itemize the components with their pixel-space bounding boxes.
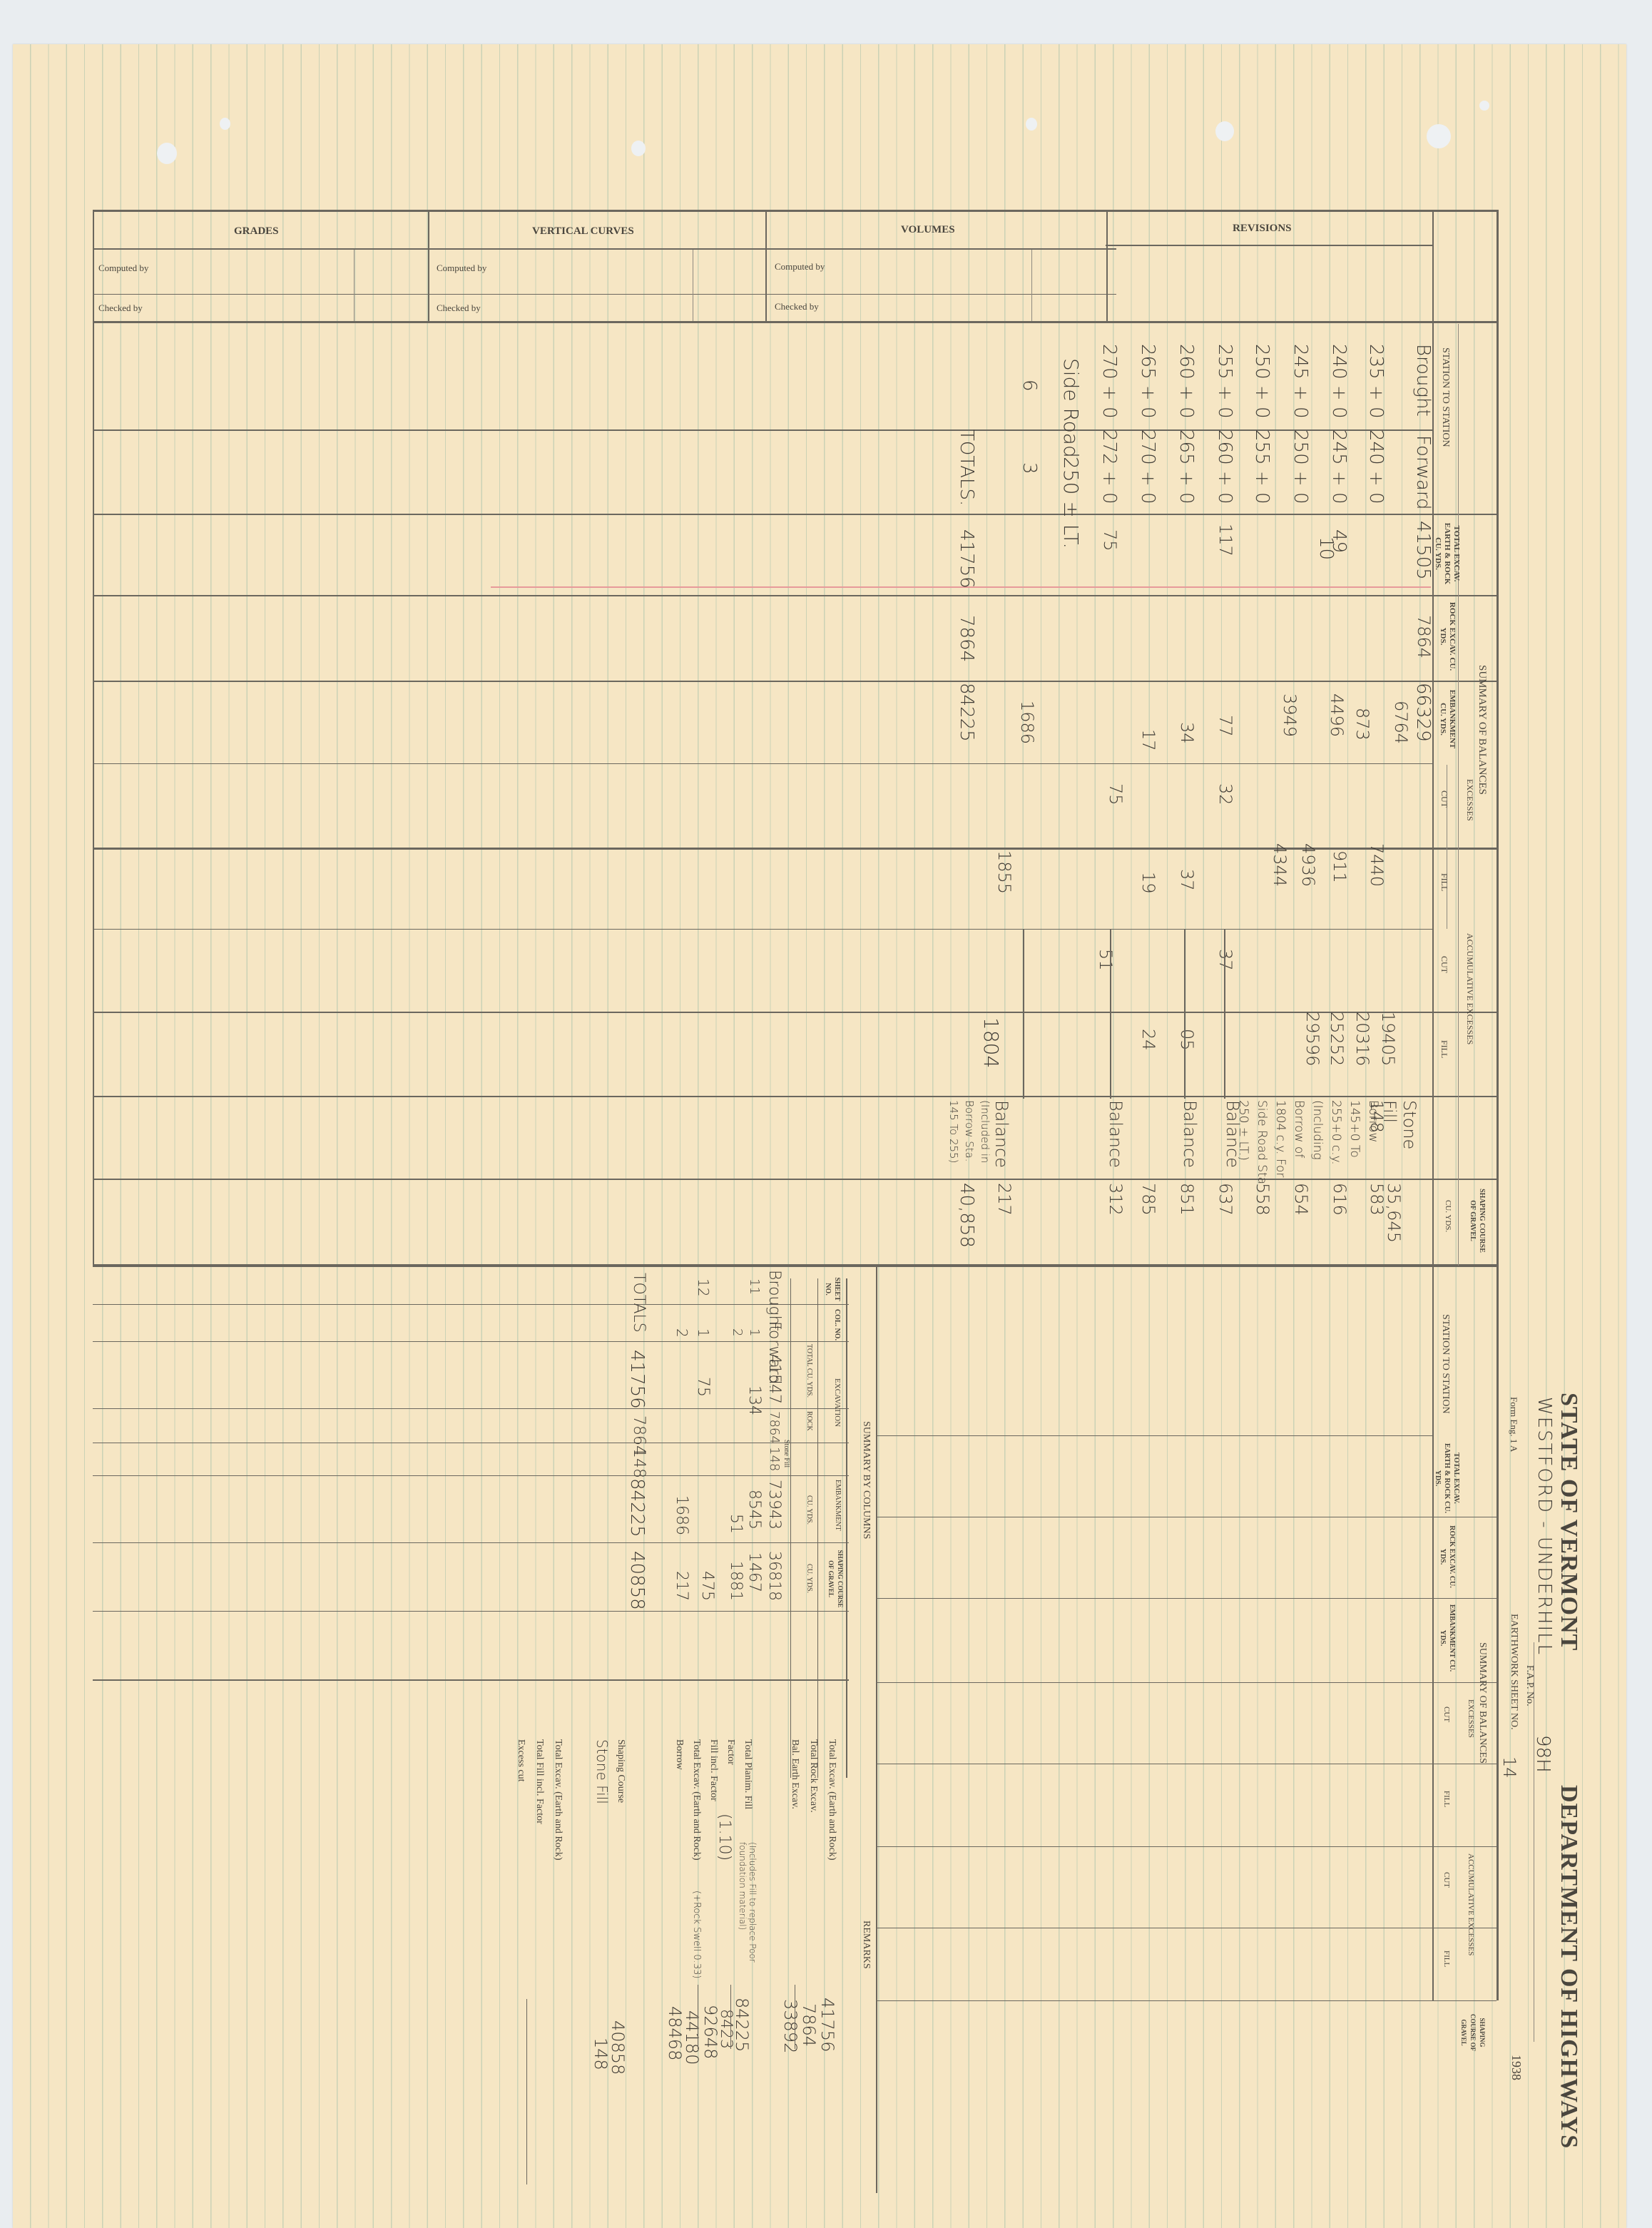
col-header-shaping-cu: CU. YDS. <box>805 1564 813 1593</box>
lower-header-station: STATION TO STATION <box>1439 1314 1451 1414</box>
lower-header-fill: FILL <box>1442 1791 1451 1807</box>
remark-label: Bal. Earth Excav. <box>789 1739 800 1809</box>
row-emb: 4496 <box>1327 693 1347 737</box>
vertical-curves-checked-by: Checked by <box>437 302 481 314</box>
row-shaping: 654 <box>1291 1183 1311 1216</box>
remark-note: (Includes Fill to replace Poor foundatio… <box>738 1842 758 1992</box>
balance-label: Balance <box>1223 1100 1243 1168</box>
col-row-col: 1 <box>747 1328 762 1336</box>
project-name: WESTFORD - UNDERHILL <box>1534 1397 1555 1656</box>
row-acc-cut: 37 <box>1215 949 1235 971</box>
sheet-number: 14 <box>1499 1756 1519 1779</box>
row-to: 270 + 0 <box>1137 429 1158 504</box>
totals-total-excav: 41756 <box>956 529 977 589</box>
header-rock-excav: ROCK EXCAV. CU. YDS. <box>1438 601 1457 672</box>
grades-checked-by: Checked by <box>98 302 143 314</box>
header-total-excav: TOTAL EXCAV. EARTH & ROCK CU. YDS. <box>1433 518 1461 589</box>
row-brought-rock: 7864 <box>1414 615 1434 658</box>
row-emb: 6764 <box>1391 701 1411 744</box>
balance-arrow <box>1023 929 1024 1099</box>
col-row-col: 2 <box>673 1328 690 1338</box>
lower-header-accum-cut: CUT <box>1442 1872 1451 1888</box>
punch-hole <box>157 143 177 164</box>
row-ex-fill: 37 <box>1177 869 1197 891</box>
row-to: 255 + 0 <box>1251 429 1273 504</box>
lower-header-emb: EMBANKMENT CU. YDS. <box>1438 1602 1457 1674</box>
row-shaping: 616 <box>1330 1183 1350 1216</box>
punch-hole <box>1215 121 1234 141</box>
grades-title: GRADES <box>234 225 279 238</box>
row-shaping: 217 <box>994 1183 1014 1216</box>
summary-balances-title: SUMMARY OF BALANCES <box>1476 665 1488 795</box>
remark-label: Borrow <box>673 1739 685 1770</box>
department-title: DEPARTMENT OF HIGHWAYS <box>1555 1785 1582 2149</box>
remark-label: Excess cut <box>515 1739 526 1781</box>
lower-header-accum-fill: FILL <box>1442 1950 1451 1967</box>
row-shaping: 558 <box>1253 1183 1273 1216</box>
balance-arrow <box>1184 929 1186 1099</box>
row-shaping: 851 <box>1177 1183 1197 1216</box>
volumes-computed-by: Computed by <box>775 261 825 273</box>
col-row-shaping: 475 <box>698 1571 716 1601</box>
remark-value: 92648 <box>700 2005 720 2059</box>
totals-rock: 7864 <box>956 615 977 662</box>
col-header-total: TOTAL CU. YDS. <box>805 1344 813 1398</box>
col-row-emb: 8545 <box>745 1490 763 1530</box>
row-from: 245 + 0 <box>1290 344 1311 418</box>
col-header-emb-cu: CU. YDS. <box>805 1495 813 1525</box>
punch-hole <box>1479 101 1489 111</box>
col-row-shaping: 217 <box>673 1571 690 1601</box>
remark-label: Total Planim. Fill <box>742 1739 753 1809</box>
col-header-sheet: SHEET NO. <box>823 1273 842 1306</box>
row-ex-fill: 19 <box>1138 872 1158 894</box>
row-to: 245 + 0 <box>1328 429 1350 504</box>
punch-hole <box>631 141 646 156</box>
col-totals-total: 41756 <box>626 1350 648 1409</box>
header-accum-cut: CUT <box>1439 956 1449 973</box>
row-brought-to: Forward <box>1412 435 1434 510</box>
row-total: 117 <box>1215 524 1235 556</box>
col-row-emb: 1686 <box>673 1495 690 1535</box>
remark-value: 48468 <box>665 2006 685 2060</box>
row-acc-fill: 05 <box>1177 1029 1197 1051</box>
col-header-excavation: EXCAVATION <box>833 1378 842 1427</box>
col-header-embankment: EMBANKMENT <box>834 1480 842 1531</box>
row-ex-fill: 1855 <box>994 850 1014 894</box>
row-emb: 17 <box>1138 729 1158 751</box>
remark-label: Fill incl. Factor <box>708 1739 719 1801</box>
col-row-stone: 148 <box>767 1447 782 1471</box>
lower-header-cut: CUT <box>1442 1706 1451 1722</box>
col-header-col: COL. NO. <box>832 1308 842 1341</box>
row-ex-fill: 911 <box>1330 850 1350 883</box>
row-emb: 1686 <box>1017 701 1037 744</box>
row-brought-emb: 66329 <box>1412 683 1434 742</box>
totals-shaping: 40,858 <box>956 1183 977 1248</box>
lower-header-total: TOTAL EXCAV. EARTH & ROCK CU. YDS. <box>1433 1443 1461 1514</box>
included-note: (Included in Borrow Sta. 145 To 255) <box>946 1100 993 1179</box>
row-from: 270 + 0 <box>1098 344 1120 418</box>
revisions-title: REVISIONS <box>1233 223 1292 235</box>
punch-hole <box>1026 118 1037 131</box>
balance-arrow <box>1224 929 1225 1099</box>
balance-label: Balance <box>991 1100 1011 1168</box>
row-emb: 3949 <box>1280 693 1300 737</box>
form-number: Form Eng. 1 A <box>1508 1397 1519 1452</box>
row-ex-fill: 4344 <box>1270 843 1290 887</box>
row-ex-cut: 75 <box>1106 783 1126 805</box>
remark-value: 40858 <box>608 2020 628 2075</box>
punch-hole <box>1427 124 1451 148</box>
col-row-sheet: 12 <box>695 1278 712 1296</box>
col-totals-shaping: 40858 <box>626 1551 648 1610</box>
row-acc-fill: 19405 <box>1378 1012 1398 1066</box>
document-page: GRADES Computed by Checked by VERTICAL C… <box>13 44 1626 2228</box>
year: 1938 <box>1509 2055 1524 2080</box>
row-from: Side Road <box>1059 358 1083 458</box>
row-from: 6 <box>1019 380 1040 392</box>
vertical-curves-title: VERTICAL CURVES <box>532 225 634 238</box>
row-acc-cut: 51 <box>1096 949 1116 971</box>
remark-label: Factor <box>725 1739 736 1765</box>
punch-hole <box>220 118 230 130</box>
remark-label: Total Rock Excav. <box>807 1739 819 1813</box>
remark-value: 44180 <box>682 2010 702 2065</box>
row-emb: 77 <box>1215 715 1235 737</box>
header-embankment: EMBANKMENT CU. YDS. <box>1438 683 1457 755</box>
row-brought-total: 41505 <box>1412 521 1434 580</box>
balance-label: Balance <box>1180 1100 1200 1168</box>
lower-header-accum: ACCUMULATIVE EXCESSES <box>1467 1853 1475 1955</box>
remark-value: 33892 <box>780 1999 800 2053</box>
row-shaping: 312 <box>1106 1183 1126 1216</box>
col-row-shaping: 36818 <box>765 1551 783 1601</box>
row-acc-fill: 25252 <box>1327 1012 1347 1066</box>
col-totals-label: TOTALS <box>630 1273 648 1333</box>
row-acc-fill: 24 <box>1138 1029 1158 1051</box>
col-row-total: 41547 <box>765 1354 783 1404</box>
remark-value: 84225 <box>732 1998 752 2052</box>
col-header-stone-fill: Stone Fill <box>782 1440 790 1467</box>
row-emb: 873 <box>1352 708 1372 741</box>
col-row-sheet: 11 <box>747 1278 762 1295</box>
row-to: 260 + 0 <box>1214 429 1235 504</box>
col-row-total: 134 <box>745 1385 763 1415</box>
row-shaping: 583 <box>1367 1183 1387 1216</box>
borrow-note: Borrow 145+0 To 255+0 c.y. (Including Bo… <box>1234 1100 1382 1186</box>
row-from: 240 + 0 <box>1328 344 1350 418</box>
header-station: STATION TO STATION <box>1439 347 1451 447</box>
col-totals-emb: 84225 <box>626 1478 648 1537</box>
col-header-shaping: SHAPING COURSE OF GRAVEL <box>826 1547 845 1611</box>
header-shaping: SHAPING COURSE OF GRAVEL <box>1468 1189 1487 1253</box>
row-ex-fill: 7440 <box>1367 843 1387 887</box>
lower-header-rock: ROCK EXCAV. CU. YDS. <box>1438 1521 1457 1592</box>
row-from: 235 + 0 <box>1365 344 1387 418</box>
volumes-title: VOLUMES <box>901 224 955 236</box>
fap-number: 98H <box>1532 1735 1554 1773</box>
row-from: 265 + 0 <box>1137 344 1158 418</box>
row-ex-fill: 4936 <box>1298 843 1318 887</box>
row-to: 250 ± LT. <box>1059 457 1083 549</box>
row-to: 250 + 0 <box>1290 429 1311 504</box>
remark-swell-note: (+Rock Swell 0.33) <box>691 1891 702 1978</box>
row-acc-fill: 29596 <box>1302 1012 1322 1066</box>
row-from: 260 + 0 <box>1176 344 1197 418</box>
col-row-shaping: 1467 <box>745 1552 763 1592</box>
state-title: STATE OF VERMONT <box>1555 1393 1582 1651</box>
lower-header-excesses: EXCESSES <box>1467 1699 1475 1738</box>
header-shaping-cu: CU. YDS. <box>1444 1200 1452 1232</box>
col-header-rock: ROCK <box>805 1411 813 1431</box>
row-shaping: 637 <box>1215 1183 1235 1216</box>
vertical-curves-computed-by: Computed by <box>437 263 486 274</box>
col-row-emb: 73943 <box>765 1480 783 1530</box>
remark-value: 7864 <box>799 2003 819 2047</box>
col-row-rock: 7864 <box>767 1411 782 1444</box>
row-to: 240 + 0 <box>1365 429 1387 504</box>
header-accum-fill: FILL <box>1439 1040 1449 1058</box>
row-emb: 34 <box>1177 722 1197 744</box>
totals-label: TOTALS. <box>956 429 977 506</box>
row-from: 255 + 0 <box>1214 344 1235 418</box>
row-total: 75 <box>1100 529 1120 551</box>
col-row-shaping: 1881 <box>727 1561 745 1601</box>
balance-arrow <box>1110 929 1111 1099</box>
lower-summary-title: SUMMARY OF BALANCES <box>1477 1642 1488 1764</box>
row-to: 265 + 0 <box>1176 429 1197 504</box>
remark-value: 148 <box>591 2038 611 2070</box>
row-to: 272 + 0 <box>1098 429 1120 504</box>
row-from: 250 + 0 <box>1251 344 1273 418</box>
remark-label: Total Fill incl. Factor <box>534 1739 545 1824</box>
totals-embankment: 84225 <box>956 683 977 742</box>
row-ex-cut: 32 <box>1215 783 1235 805</box>
remarks-title: REMARKS <box>860 1921 872 1969</box>
row-shaping: 785 <box>1138 1183 1158 1216</box>
col-totals-stone: 148 <box>630 1448 648 1478</box>
col-row-emb: 51 <box>727 1514 745 1534</box>
row-acc-fill: 20316 <box>1352 1012 1372 1066</box>
summary-columns-title: SUMMARY BY COLUMNS <box>860 1421 872 1539</box>
balance-label: Balance <box>1106 1100 1126 1168</box>
lower-header-shaping: SHAPING COURSE OF GRAVEL <box>1459 2008 1487 2057</box>
header-excesses: EXCESSES <box>1464 779 1475 821</box>
header-excess-fill: FILL <box>1439 873 1449 891</box>
row-to: 3 <box>1019 462 1040 474</box>
remark-factor-note: (1.10) <box>715 1814 733 1861</box>
sheet-label: EARTHWORK SHEET NO. <box>1508 1614 1519 1730</box>
row-brought-from: Brought <box>1412 344 1434 417</box>
header-excess-cut: CUT <box>1439 790 1449 808</box>
col-row-col: 2 <box>730 1328 745 1336</box>
remark-label: Total Excav. (Earth and Rock) <box>690 1739 702 1861</box>
row-total: 10 <box>1315 536 1337 560</box>
volumes-checked-by: Checked by <box>775 301 819 312</box>
row-brought-shaping: 35,645 <box>1384 1183 1404 1243</box>
remark-label: Total Excav. (Earth and Rock) <box>826 1739 837 1861</box>
col-row-total: 75 <box>694 1377 712 1397</box>
remark-label: Shaping Course <box>615 1739 626 1803</box>
remark-label: Stone Fill <box>593 1739 611 1804</box>
grades-computed-by: Computed by <box>98 263 148 274</box>
remark-value: 41756 <box>817 1998 837 2052</box>
remark-label: Total Excav. (Earth and Rock) <box>552 1739 564 1861</box>
col-row-col: 1 <box>695 1328 712 1338</box>
row-acc-fill: 1804 <box>979 1017 1003 1068</box>
header-accum: ACCUMULATIVE EXCESSES <box>1464 933 1475 1044</box>
